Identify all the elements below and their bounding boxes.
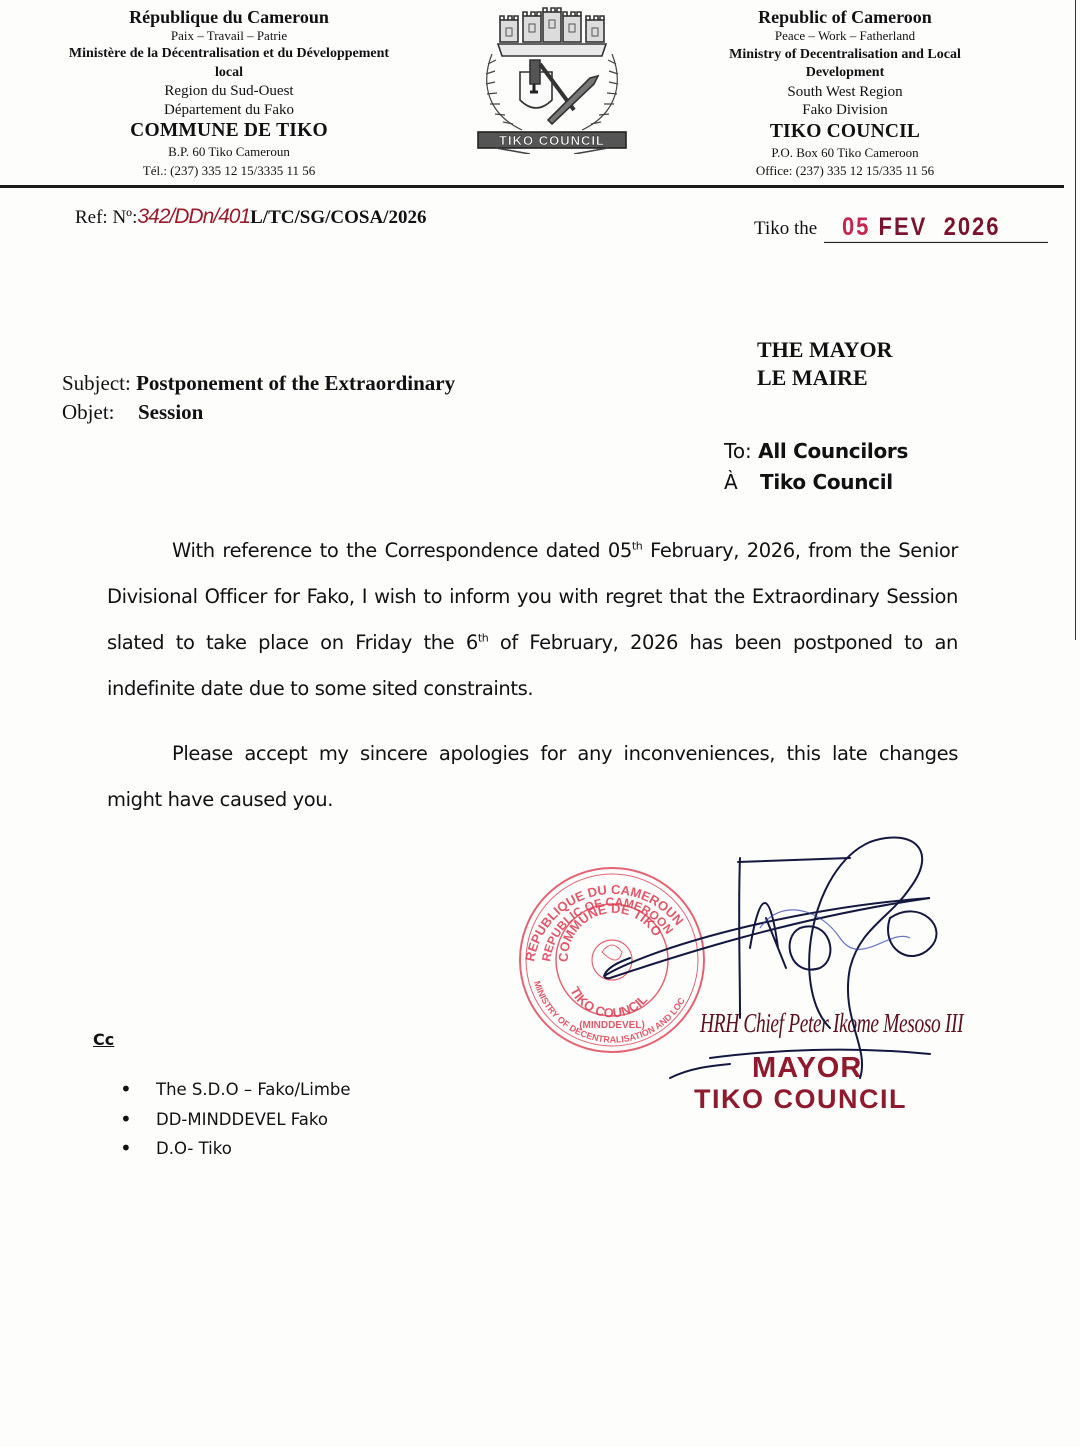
letter-date: Tiko the 05 FEV 2026 <box>754 214 1048 241</box>
phone-en: Office: (237) 335 12 15/335 11 56 <box>690 162 1000 181</box>
subject-label: Subject: <box>62 371 131 395</box>
cc-label: Cc <box>93 1030 114 1049</box>
objet-label: Objet: <box>62 398 138 427</box>
subject-line-2: Session <box>138 400 203 424</box>
to-label: To: <box>724 436 752 467</box>
region-fr: Region du Sud-Ouest <box>20 82 438 101</box>
scan-edge <box>1075 0 1076 640</box>
recipient-block: To: All Councilors ÀTiko Council <box>724 436 908 498</box>
reference-handwritten: 342/DDn/401 <box>137 205 250 228</box>
region-en: South West Region <box>690 83 1000 102</box>
cc-list: The S.D.O – Fako/Limbe DD-MINDDEVEL Fako… <box>120 1075 351 1164</box>
date-year: 2026 <box>944 212 1001 241</box>
date-month: FEV <box>879 212 928 241</box>
body-paragraph-1: With reference to the Correspondence dat… <box>107 528 958 712</box>
council-en: TIKO COUNCIL <box>690 120 1000 144</box>
country-fr: République du Cameroun <box>20 8 438 27</box>
header-english: Republic of Cameroon Peace – Work – Fath… <box>690 8 1000 181</box>
header-divider <box>0 185 1064 188</box>
division-en: Fako Division <box>690 101 1000 120</box>
motto-fr: Paix – Travail – Patrie <box>20 27 438 46</box>
recipient-line-1: All Councilors <box>758 439 908 463</box>
address-en: P.O. Box 60 Tiko Cameroon <box>690 144 1000 163</box>
division-fr: Département du Fako <box>20 101 438 120</box>
cc-item: DD-MINDDEVEL Fako <box>120 1105 351 1135</box>
reference-number: Ref: Nº:342/DDn/401L/TC/SG/COSA/2026 <box>75 205 426 229</box>
date-label: Tiko the <box>754 218 817 239</box>
ministry-fr-cont: local <box>20 64 438 83</box>
sender-title-en: THE MAYOR <box>757 336 892 364</box>
phone-fr: Tél.: (237) 335 12 15/3335 11 56 <box>20 162 438 181</box>
ministry-en: Ministry of Decentralisation and Local <box>690 46 1000 65</box>
date-stamp: 05 FEV 2026 <box>824 212 1048 243</box>
sender-title: THE MAYOR LE MAIRE <box>757 336 892 392</box>
reference-label: Ref: Nº: <box>75 207 137 228</box>
ministry-en-cont: Development <box>690 64 1000 83</box>
reference-code: L/TC/SG/COSA/2026 <box>250 207 426 228</box>
cc-item: D.O- Tiko <box>120 1134 351 1164</box>
council-fr: COMMUNE DE TIKO <box>20 119 438 143</box>
letter-page: République du Cameroun Paix – Travail – … <box>0 0 1080 1447</box>
ministry-fr: Ministère de la Décentralisation et du D… <box>20 45 438 64</box>
council-coat-of-arms-icon: TIKO COUNCIL <box>470 4 634 154</box>
cc-item: The S.D.O – Fako/Limbe <box>120 1075 351 1105</box>
address-fr: B.P. 60 Tiko Cameroun <box>20 143 438 162</box>
handwritten-signature <box>590 828 950 1088</box>
country-en: Republic of Cameroon <box>690 8 1000 27</box>
subject-line-1: Postponement of the Extraordinary <box>136 371 455 395</box>
header-french: République du Cameroun Paix – Travail – … <box>20 8 438 180</box>
signer-council: TIKO COUNCIL <box>694 1084 907 1115</box>
body-paragraph-2: Please accept my sincere apologies for a… <box>107 731 958 823</box>
subject-block: Subject: Postponement of the Extraordina… <box>62 369 455 427</box>
motto-en: Peace – Work – Fatherland <box>690 27 1000 46</box>
date-day: 05 <box>842 212 870 241</box>
recipient-line-2: Tiko Council <box>760 470 893 494</box>
emblem-banner: TIKO COUNCIL <box>499 133 605 148</box>
sender-title-fr: LE MAIRE <box>757 364 892 392</box>
a-label: À <box>724 467 760 498</box>
